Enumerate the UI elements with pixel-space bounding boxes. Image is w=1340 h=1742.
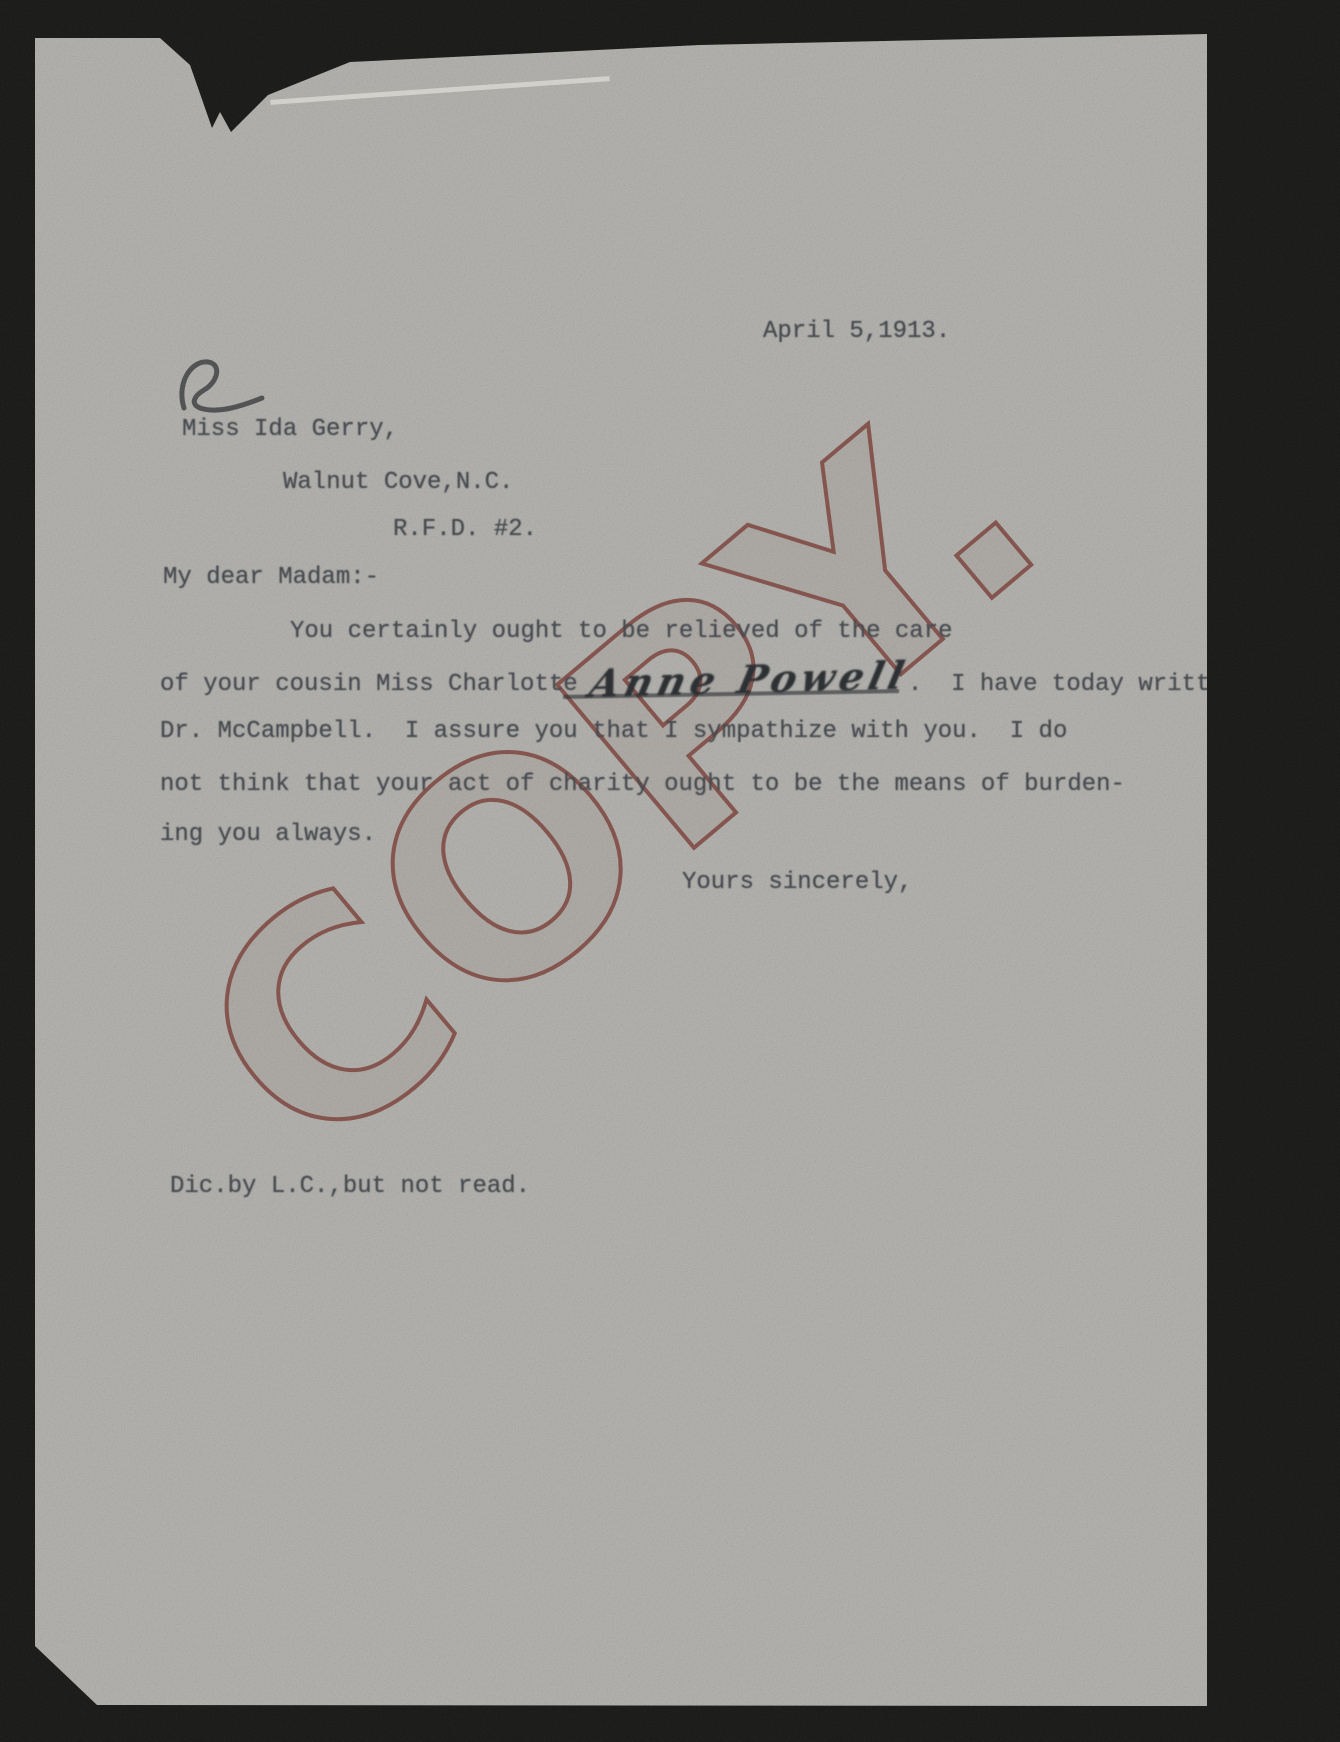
body-line-2-typed-end: . I have today written <box>908 670 1239 700</box>
date-line: April 5,1913. <box>763 317 950 347</box>
address-city-line: Walnut Cove,N.C. <box>283 468 513 498</box>
letter-page: COPY. April 5,1913. Miss Ida Gerry, Waln… <box>35 30 1207 1706</box>
body-line-1: You certainly ought to be relieved of th… <box>290 617 953 647</box>
closing-line: Yours sincerely, <box>682 868 912 898</box>
paper-texture <box>35 30 1207 1706</box>
folded-corner <box>40 1650 96 1704</box>
body-line-4: not think that your act of charity ought… <box>160 770 1125 800</box>
scanned-letter-background: COPY. April 5,1913. Miss Ida Gerry, Waln… <box>0 0 1340 1742</box>
body-line-3: Dr. McCampbell. I assure you that I symp… <box>160 717 1067 747</box>
body-line-2-typed-start: of your cousin Miss Charlotte <box>160 670 592 700</box>
ink-scribble-mark <box>170 352 280 422</box>
torn-edge-highlight <box>270 76 610 105</box>
dictation-note-line: Dic.by L.C.,but not read. <box>170 1172 530 1202</box>
address-rfd-line: R.F.D. #2. <box>393 515 537 545</box>
salutation-line: My dear Madam:- <box>163 563 379 593</box>
body-line-5: ing you always. <box>160 820 376 850</box>
